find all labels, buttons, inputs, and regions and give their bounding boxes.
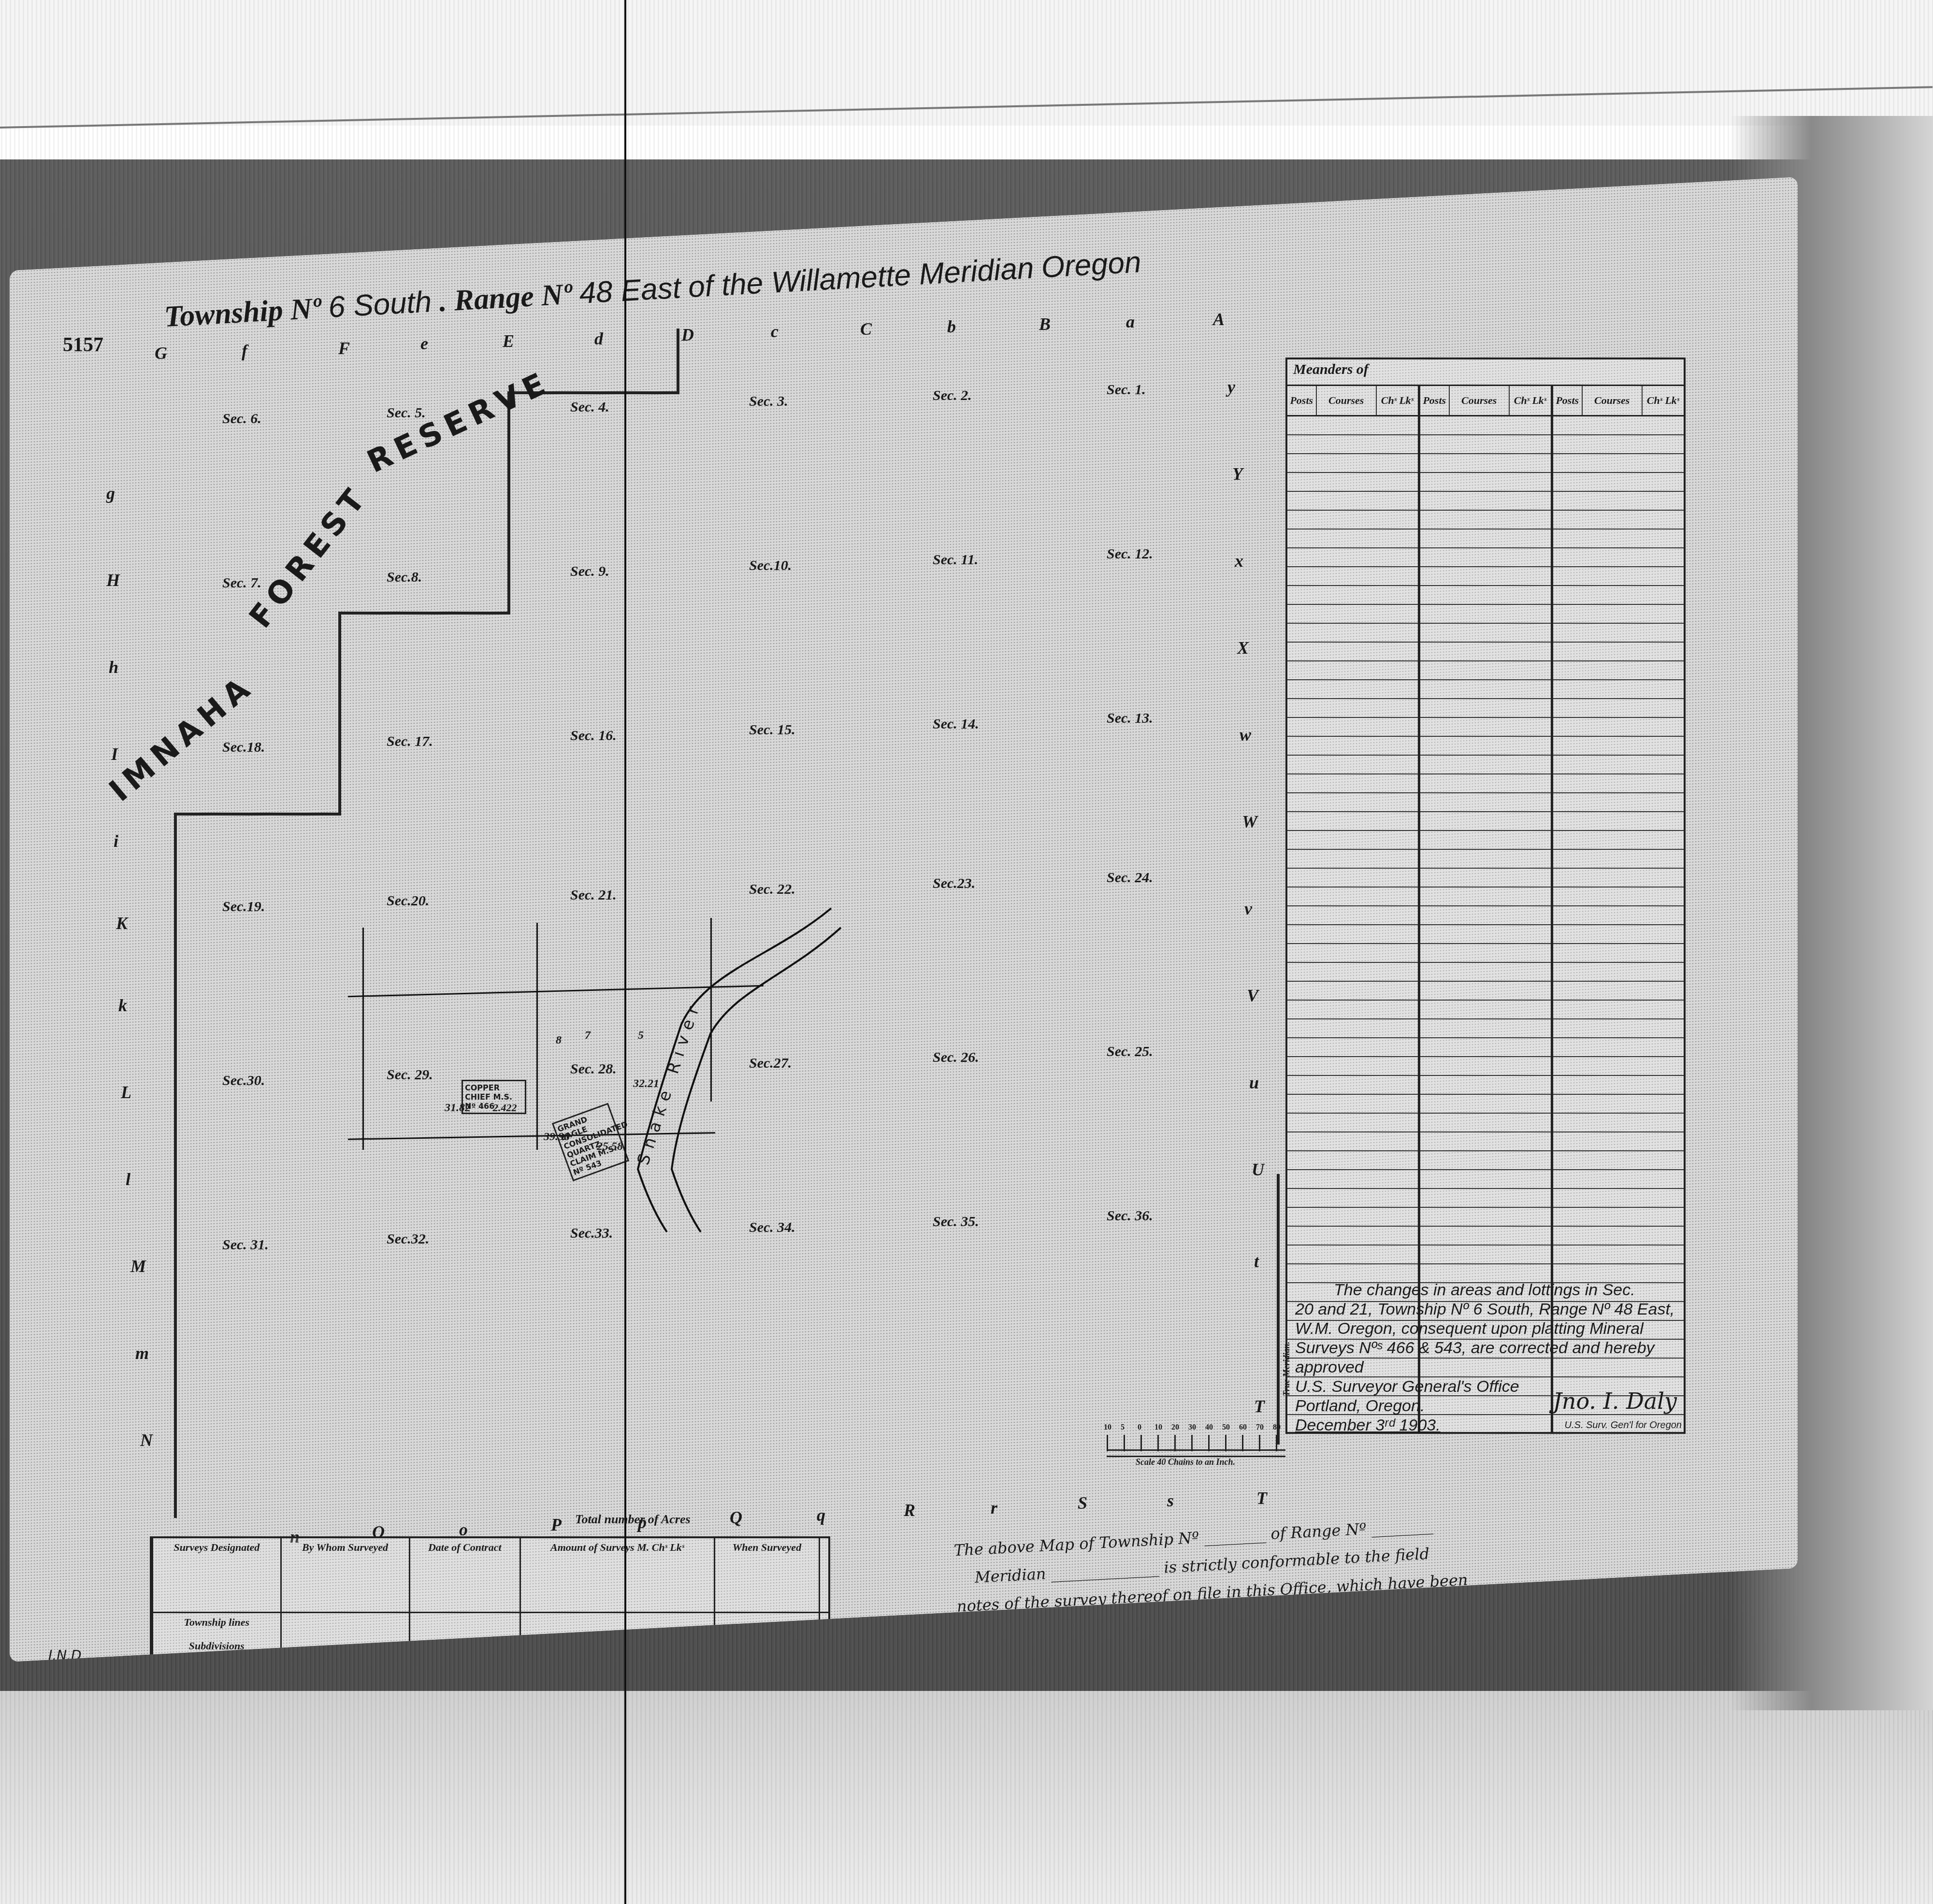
lot-area: 25.58	[597, 1140, 623, 1153]
col-posts: Posts	[1287, 386, 1317, 415]
lot-number: 7	[585, 1029, 591, 1042]
col-chains: Chˢ Lkˢ	[1377, 386, 1418, 415]
scale-tick-label: 40	[1205, 1423, 1213, 1432]
section-label: Sec.23.	[933, 875, 975, 892]
corner-letter: Q	[730, 1507, 742, 1528]
corner-letter: k	[118, 995, 127, 1016]
scale-caption: Scale 40 Chains to an Inch.	[1136, 1457, 1235, 1467]
note-line: Surveys Nºˢ 466 & 543, are corrected and…	[1295, 1338, 1682, 1358]
signature-title: U.S. Surv. Gen'l for Oregon	[1565, 1416, 1682, 1435]
corner-letter: F	[338, 338, 350, 358]
subdivision-line	[536, 923, 538, 1150]
section-label: Sec. 16.	[570, 728, 617, 744]
lot-number: 8	[556, 1034, 562, 1047]
note-line: The changes in areas and lottings in Sec…	[1295, 1280, 1682, 1300]
surveys-cell	[409, 1613, 520, 1637]
corner-letter: S	[1078, 1493, 1087, 1513]
scale-tick-label: 30	[1188, 1423, 1196, 1432]
scale-tick-label: 20	[1171, 1423, 1179, 1432]
scale-tick-label: 60	[1239, 1423, 1247, 1432]
corner-letter: c	[771, 321, 779, 342]
section-label: Sec. 2.	[933, 387, 972, 404]
scale-tick-label: 10	[1154, 1423, 1162, 1432]
col-chains: Chˢ Lkˢ	[1510, 386, 1551, 415]
corner-letter: m	[135, 1343, 149, 1363]
scale-tick-label: 10	[1104, 1423, 1111, 1432]
signature: Jno. I. Daly	[1553, 1391, 1677, 1411]
corner-letter: r	[991, 1498, 997, 1518]
corner-letter: C	[860, 319, 872, 339]
scale-tick	[1242, 1435, 1243, 1451]
reserve-label: IMNAHA	[102, 668, 261, 809]
true-meridian-line	[1277, 1174, 1280, 1445]
section-label: Sec. 31.	[222, 1237, 269, 1253]
corner-letter: W	[1242, 812, 1257, 832]
meander-group: PostsCoursesChˢ Lkˢ	[1287, 386, 1420, 1433]
scale-bar: 10501020304050607080 Scale 40 Chains to …	[1107, 1430, 1290, 1459]
scale-tick-label: 70	[1256, 1423, 1264, 1432]
section-label: Sec. 3.	[749, 393, 788, 410]
corner-letter: i	[114, 831, 118, 851]
section-label: Sec. 5.	[387, 405, 426, 421]
corner-letter: b	[947, 316, 956, 337]
corner-letter: K	[116, 913, 128, 933]
plat-title: Township Nº 6 South . Range Nº 48 East o…	[163, 245, 1142, 334]
scale-tick-label: 50	[1222, 1423, 1230, 1432]
reserve-label: RESERVE	[362, 364, 556, 480]
scale-tick	[1140, 1435, 1142, 1451]
col-courses: Courses	[1583, 386, 1643, 415]
scale-tick	[1276, 1435, 1277, 1451]
section-label: Sec. 7.	[222, 575, 261, 591]
section-label: Sec.10.	[749, 558, 792, 574]
correction-note: The changes in areas and lottings in Sec…	[1295, 1280, 1682, 1435]
section-label: Sec. 14.	[933, 716, 979, 732]
corner-letter: w	[1240, 725, 1251, 745]
section-label: Sec. 4.	[570, 399, 609, 415]
surveys-col-header: Date of Contract	[409, 1538, 520, 1613]
corner-letter: X	[1237, 638, 1249, 658]
corner-letter: u	[1249, 1073, 1259, 1093]
corner-letter: B	[1039, 314, 1051, 334]
corner-letter: H	[106, 570, 120, 590]
col-posts: Posts	[1420, 386, 1450, 415]
note-line: approved	[1295, 1358, 1682, 1377]
reserve-boundary	[677, 329, 679, 391]
col-chains: Chˢ Lkˢ	[1643, 386, 1684, 415]
corner-letter: h	[109, 657, 118, 677]
scale-tick-label: 80	[1273, 1423, 1281, 1432]
reserve-boundary	[174, 813, 177, 1518]
corner-letter: q	[817, 1505, 825, 1525]
section-label: Sec. 36.	[1107, 1208, 1153, 1224]
section-label: Sec.8.	[387, 569, 422, 586]
col-courses: Courses	[1317, 386, 1377, 415]
note-line: W.M. Oregon, consequent upon platting Mi…	[1295, 1319, 1682, 1338]
subdivision-line	[362, 928, 364, 1150]
reserve-boundary	[338, 612, 510, 615]
corner-letter: s	[1167, 1490, 1174, 1511]
corner-letter: Y	[1232, 464, 1243, 484]
corner-letter: V	[1247, 986, 1258, 1006]
note-line: 20 and 21, Township Nº 6 South, Range Nº…	[1295, 1300, 1682, 1319]
corner-letter: P	[551, 1515, 562, 1535]
surveys-cell: Township lines	[153, 1613, 281, 1637]
surveys-col-header: When Surveyed	[715, 1538, 820, 1613]
corner-letter: M	[130, 1256, 146, 1276]
section-label: Sec.20.	[387, 893, 429, 909]
corner-letter: x	[1235, 551, 1243, 571]
section-label: Sec. 12.	[1107, 546, 1153, 562]
section-label: Sec. 22.	[749, 881, 795, 898]
scale-tick	[1174, 1435, 1176, 1451]
surveys-cell	[281, 1613, 409, 1637]
corner-letter: d	[594, 329, 603, 349]
scale-tick-label: 0	[1138, 1423, 1141, 1432]
meander-group: PostsCoursesChˢ Lkˢ	[1553, 386, 1684, 1433]
surveys-col-header: Amount of Surveys M. Chˢ Lkˢ	[520, 1538, 714, 1613]
col-courses: Courses	[1450, 386, 1510, 415]
reserve-boundary	[507, 391, 510, 614]
section-label: Sec. 24.	[1107, 870, 1153, 886]
corner-letter: T	[1256, 1488, 1267, 1508]
scale-tick	[1225, 1435, 1226, 1451]
corner-letter: N	[140, 1430, 153, 1450]
corner-letter: y	[1227, 377, 1235, 397]
section-label: Sec. 6.	[222, 411, 261, 427]
corner-letter: U	[1252, 1160, 1264, 1180]
corner-letter: l	[126, 1169, 130, 1189]
section-label: Sec. 15.	[749, 722, 795, 738]
plat-sheet: 5157 Township Nº 6 South . Range Nº 48 E…	[10, 177, 1798, 1662]
corner-letter: A	[1213, 309, 1225, 329]
section-label: Sec. 1.	[1107, 382, 1146, 398]
meridian-label: True Meridian.	[1282, 1342, 1292, 1396]
section-label: Sec. 13.	[1107, 710, 1153, 727]
corner-letter: I	[111, 744, 118, 764]
corner-letter: a	[1126, 312, 1135, 332]
corner-letter: e	[420, 333, 428, 354]
surveys-col-header: Surveys Designated	[153, 1538, 281, 1613]
lot-area: 2.422	[493, 1102, 517, 1114]
meanders-table: Meanders of PostsCoursesChˢ Lkˢ PostsCou…	[1285, 358, 1686, 1434]
corner-letter: T	[1254, 1396, 1265, 1417]
lot-area: 31.82	[445, 1102, 471, 1115]
total-acres-label: Total number of Acres	[575, 1512, 691, 1527]
scale-tick	[1107, 1435, 1108, 1451]
meanders-title: Meanders of	[1287, 359, 1684, 386]
surveys-col-header	[819, 1538, 828, 1613]
surveys-col-header: By Whom Surveyed	[281, 1538, 409, 1613]
section-label: Sec.19.	[222, 899, 265, 915]
reserve-boundary	[174, 813, 341, 816]
section-label: Sec. 28.	[570, 1061, 617, 1077]
section-label: Sec.33.	[570, 1225, 613, 1242]
section-label: Sec. 35.	[933, 1214, 979, 1230]
corner-letter: g	[106, 483, 115, 503]
scale-tick	[1191, 1435, 1193, 1451]
scale-tick	[1124, 1435, 1125, 1451]
section-label: Sec. 9.	[570, 563, 609, 580]
scale-tick-label: 5	[1121, 1423, 1125, 1432]
corner-letter: D	[681, 325, 694, 345]
section-label: Sec. 17.	[387, 733, 433, 750]
section-label: Sec. 29.	[387, 1067, 433, 1083]
scale-tick	[1208, 1435, 1210, 1451]
section-label: Sec. 26.	[933, 1049, 979, 1066]
corner-letter: t	[1254, 1251, 1259, 1272]
section-label: Sec.18.	[222, 739, 265, 756]
section-label: Sec. 21.	[570, 887, 617, 903]
reserve-boundary	[338, 612, 341, 815]
corner-letter: E	[503, 331, 514, 351]
corner-letter: f	[242, 341, 247, 361]
section-label: Sec.30.	[222, 1073, 265, 1089]
section-label: Sec. 11.	[933, 552, 978, 568]
scale-tick	[1157, 1435, 1159, 1451]
corner-letter: R	[904, 1500, 915, 1520]
section-label: Sec.32.	[387, 1231, 429, 1247]
section-label: Sec. 25.	[1107, 1044, 1153, 1060]
col-posts: Posts	[1553, 386, 1583, 415]
fold-line	[624, 0, 626, 1904]
corner-letter: v	[1244, 899, 1252, 919]
corner-letter: L	[121, 1082, 131, 1102]
meander-group: PostsCoursesChˢ Lkˢ	[1420, 386, 1553, 1433]
river-outline	[628, 899, 846, 1237]
document-number: 5157	[63, 333, 103, 357]
scale-tick	[1259, 1435, 1260, 1451]
corner-letter: G	[155, 343, 167, 363]
lot-area: 39.98	[544, 1131, 570, 1144]
